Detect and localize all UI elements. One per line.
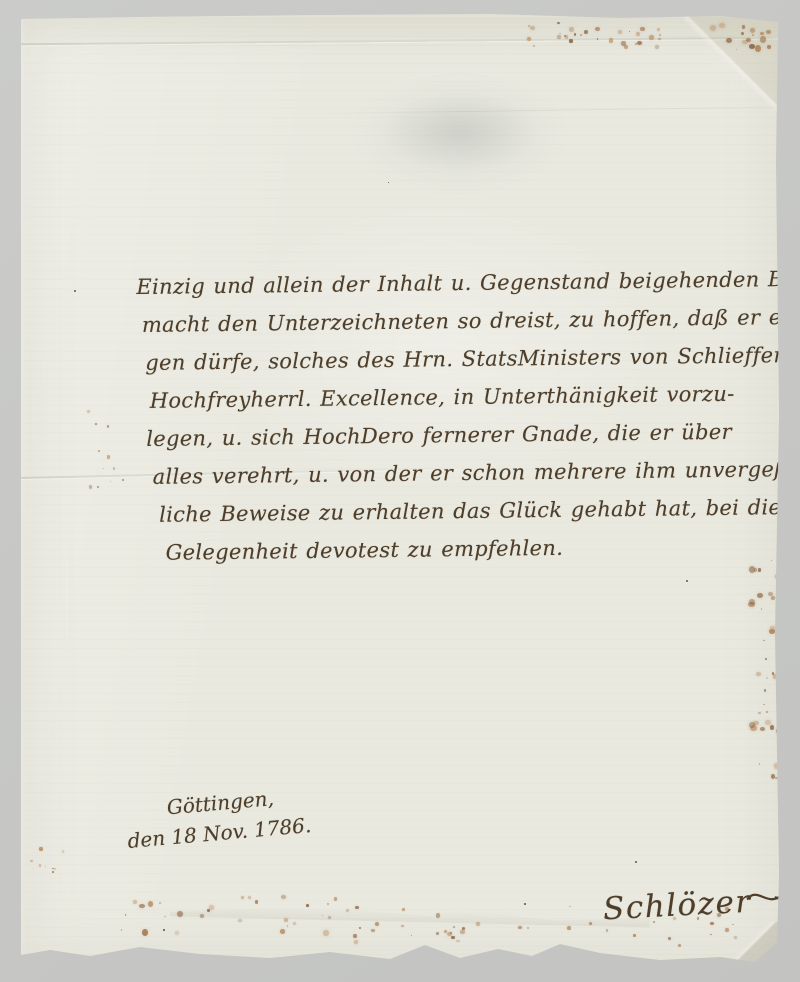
- paper-corner-cut-bottom-right: [730, 922, 778, 962]
- foxing-spot: [97, 486, 99, 488]
- letter-signature: Schlözer: [602, 881, 800, 928]
- foxing-spot: [476, 922, 479, 925]
- foxing-spot: [527, 927, 529, 929]
- foxing-spot: [749, 566, 755, 573]
- paper-fold-crease-upper: [286, 107, 780, 115]
- foxing-spot: [753, 721, 759, 725]
- foxing-spot: [767, 45, 771, 49]
- foxing-spot: [742, 40, 748, 45]
- foxing-spot: [45, 866, 46, 868]
- foxing-spot: [766, 711, 769, 713]
- foxing-spot: [39, 864, 41, 867]
- foxing-spot: [125, 914, 126, 915]
- foxing-spot: [334, 897, 337, 901]
- foxing-spot: [200, 914, 204, 918]
- foxing-spot: [621, 41, 626, 46]
- foxing-spot: [453, 926, 455, 928]
- foxing-spot: [209, 905, 214, 910]
- foxing-spot: [766, 677, 768, 679]
- foxing-spot: [533, 45, 534, 46]
- foxing-spot: [122, 479, 124, 481]
- foxing-spot: [749, 599, 755, 605]
- letter-body-line: liche Beweise zu erhalten das Glück geha…: [159, 488, 794, 534]
- foxing-spot: [595, 27, 600, 31]
- foxing-spot: [773, 674, 777, 679]
- foxing-spot: [750, 28, 755, 33]
- foxing-spot: [402, 908, 405, 911]
- foxing-spot: [451, 936, 455, 939]
- foxing-spot: [759, 763, 761, 765]
- foxing-spot: [635, 43, 637, 45]
- foxing-spot: [98, 450, 100, 452]
- foxing-spot: [287, 925, 289, 927]
- foxing-spot: [580, 34, 582, 36]
- foxing-spot: [159, 902, 161, 904]
- foxing-spot: [557, 35, 560, 38]
- foxing-spot: [760, 727, 765, 731]
- ink-speck: [635, 861, 637, 863]
- foxing-spot: [758, 712, 760, 714]
- foxing-spot: [569, 39, 572, 42]
- foxing-spot: [757, 593, 763, 598]
- foxing-spot: [148, 901, 153, 907]
- foxing-spot: [636, 32, 640, 36]
- foxing-spot: [668, 937, 672, 941]
- foxing-spot: [778, 580, 781, 582]
- foxing-spot: [659, 34, 661, 36]
- ink-speck: [74, 290, 76, 292]
- foxing-spot: [559, 33, 561, 35]
- foxing-spot: [710, 934, 712, 936]
- foxing-spot: [401, 925, 404, 928]
- foxing-spot: [765, 658, 767, 660]
- foxing-spot: [306, 904, 309, 907]
- letter-body-line: Gelegenheit devotest zu empfehlen.: [165, 526, 794, 572]
- foxing-spot: [248, 896, 251, 899]
- ink-speck: [686, 580, 688, 582]
- ink-speck: [388, 182, 389, 183]
- foxing-spot: [567, 926, 571, 930]
- foxing-spot: [565, 35, 569, 39]
- foxing-spot: [238, 919, 242, 922]
- foxing-spot: [771, 774, 775, 779]
- foxing-spot: [110, 481, 111, 482]
- foxing-spot: [763, 704, 764, 705]
- foxing-spot: [280, 929, 285, 934]
- foxing-spot: [649, 35, 653, 40]
- foxing-spot: [640, 27, 645, 32]
- foxing-spot: [772, 672, 775, 674]
- foxing-spot: [450, 932, 452, 934]
- foxing-spot: [589, 922, 592, 925]
- foxing-spot: [175, 931, 179, 935]
- foxing-spot: [725, 928, 728, 932]
- foxing-spot: [597, 38, 599, 40]
- foxing-spot: [768, 592, 773, 596]
- foxing-spot: [375, 922, 379, 927]
- foxing-spot: [624, 45, 628, 49]
- foxing-spot: [776, 728, 782, 734]
- foxing-spot: [39, 847, 42, 850]
- foxing-spot: [107, 455, 110, 459]
- foxing-spot: [606, 929, 608, 931]
- foxing-spot: [775, 777, 777, 779]
- foxing-spot: [774, 763, 780, 769]
- foxing-spot: [771, 596, 775, 600]
- dateline-date: den 18 Nov. 1786.: [126, 810, 312, 856]
- foxing-spot: [655, 45, 659, 49]
- foxing-spot: [328, 916, 330, 919]
- foxing-spot: [760, 36, 766, 43]
- foxing-spot: [749, 722, 755, 728]
- foxing-spot: [87, 410, 90, 413]
- foxing-spot: [755, 45, 761, 52]
- letter-dateline: Göttingen, den 18 Nov. 1786.: [124, 780, 313, 856]
- foxing-spot: [527, 37, 531, 41]
- foxing-spot: [637, 41, 642, 45]
- foxing-spot: [436, 913, 440, 917]
- foxing-spot: [748, 602, 754, 607]
- foxing-spot: [460, 930, 465, 934]
- foxing-spot: [327, 903, 329, 905]
- letter-body-text: Einzig und allein der Inhalt u. Gegensta…: [136, 260, 795, 572]
- foxing-spot: [411, 935, 412, 936]
- foxing-spot: [770, 626, 775, 631]
- foxing-spot: [609, 38, 613, 42]
- foxing-spot: [284, 918, 288, 922]
- foxing-spot: [564, 35, 566, 37]
- foxing-spot: [89, 485, 92, 489]
- foxing-spot: [719, 23, 725, 28]
- foxing-spot: [633, 934, 636, 937]
- foxing-spot: [764, 689, 767, 692]
- foxing-spot: [618, 30, 622, 34]
- foxing-spot: [775, 574, 780, 579]
- paper-damage-bottom-edge: [170, 901, 650, 928]
- foxing-spot: [177, 911, 183, 917]
- foxing-spot: [629, 31, 631, 32]
- foxing-spot: [569, 27, 574, 32]
- paper-smudge: [380, 92, 540, 172]
- foxing-spot: [732, 924, 733, 925]
- foxing-spot: [750, 725, 757, 731]
- foxing-spot: [756, 672, 761, 676]
- foxing-spot: [133, 900, 137, 904]
- foxing-spot: [371, 929, 375, 932]
- foxing-spot: [734, 936, 737, 939]
- foxing-spot: [354, 940, 358, 944]
- foxing-spot: [574, 33, 576, 36]
- foxing-spot: [164, 916, 166, 918]
- foxing-spot: [139, 904, 144, 908]
- foxing-spot: [355, 906, 360, 910]
- letter-paper-sheet: Einzig und allein der Inhalt u. Gegensta…: [20, 14, 780, 964]
- foxing-spot: [678, 944, 681, 947]
- foxing-spot: [323, 930, 329, 937]
- foxing-spot: [758, 568, 762, 571]
- foxing-spot: [293, 922, 296, 925]
- foxing-spot: [241, 896, 244, 899]
- foxing-spot: [142, 929, 148, 936]
- foxing-spot: [207, 909, 211, 912]
- foxing-spot: [444, 930, 447, 933]
- foxing-spot: [569, 906, 571, 907]
- foxing-spot: [322, 915, 323, 916]
- foxing-spot: [52, 871, 54, 873]
- paper-fold-crease-top: [20, 37, 780, 46]
- foxing-spot: [726, 38, 732, 43]
- signature-flourish: [745, 883, 800, 912]
- foxing-spot: [121, 929, 122, 930]
- foxing-spot: [742, 25, 745, 29]
- paper-corner-fold-top-right: [684, 14, 780, 110]
- foxing-spot: [281, 895, 286, 899]
- foxing-spot: [30, 860, 33, 863]
- foxing-spot: [769, 629, 775, 633]
- foxing-spot: [255, 900, 258, 904]
- foxing-spot: [62, 850, 65, 853]
- foxing-spot: [107, 425, 109, 427]
- foxing-spot: [710, 25, 716, 31]
- foxing-spot: [528, 25, 530, 27]
- foxing-spot: [436, 932, 438, 935]
- foxing-spot: [746, 38, 751, 42]
- foxing-spot: [359, 927, 361, 929]
- foxing-spot: [736, 49, 737, 50]
- foxing-spot: [346, 909, 349, 912]
- scan-background: Einzig und allein der Inhalt u. Gegensta…: [0, 0, 800, 982]
- foxing-spot: [353, 934, 356, 938]
- foxing-spot: [761, 608, 763, 610]
- ink-speck: [163, 929, 165, 931]
- foxing-spot: [710, 922, 714, 925]
- foxing-spot: [456, 940, 459, 943]
- foxing-spot: [760, 32, 764, 36]
- foxing-spot: [95, 423, 98, 425]
- foxing-spot: [770, 725, 775, 730]
- foxing-spot: [765, 720, 770, 725]
- foxing-spot: [113, 467, 115, 469]
- foxing-spot: [778, 714, 782, 717]
- foxing-spot: [658, 38, 660, 41]
- foxing-spot: [749, 44, 755, 49]
- foxing-spot: [54, 868, 56, 870]
- foxing-spot: [657, 28, 660, 31]
- ink-speck: [524, 903, 526, 905]
- foxing-spot: [462, 927, 466, 930]
- foxing-spot: [52, 868, 54, 869]
- foxing-spot: [754, 568, 758, 572]
- foxing-spot: [584, 30, 588, 34]
- foxing-spot: [103, 468, 104, 469]
- foxing-spot: [518, 926, 523, 929]
- foxing-spot: [766, 30, 771, 34]
- foxing-spot: [530, 26, 535, 30]
- signature-name: Schlözer: [602, 884, 752, 928]
- foxing-spot: [447, 932, 452, 936]
- foxing-spot: [741, 32, 744, 35]
- foxing-spot: [752, 34, 754, 36]
- foxing-spot: [557, 22, 560, 24]
- foxing-spot: [763, 640, 765, 641]
